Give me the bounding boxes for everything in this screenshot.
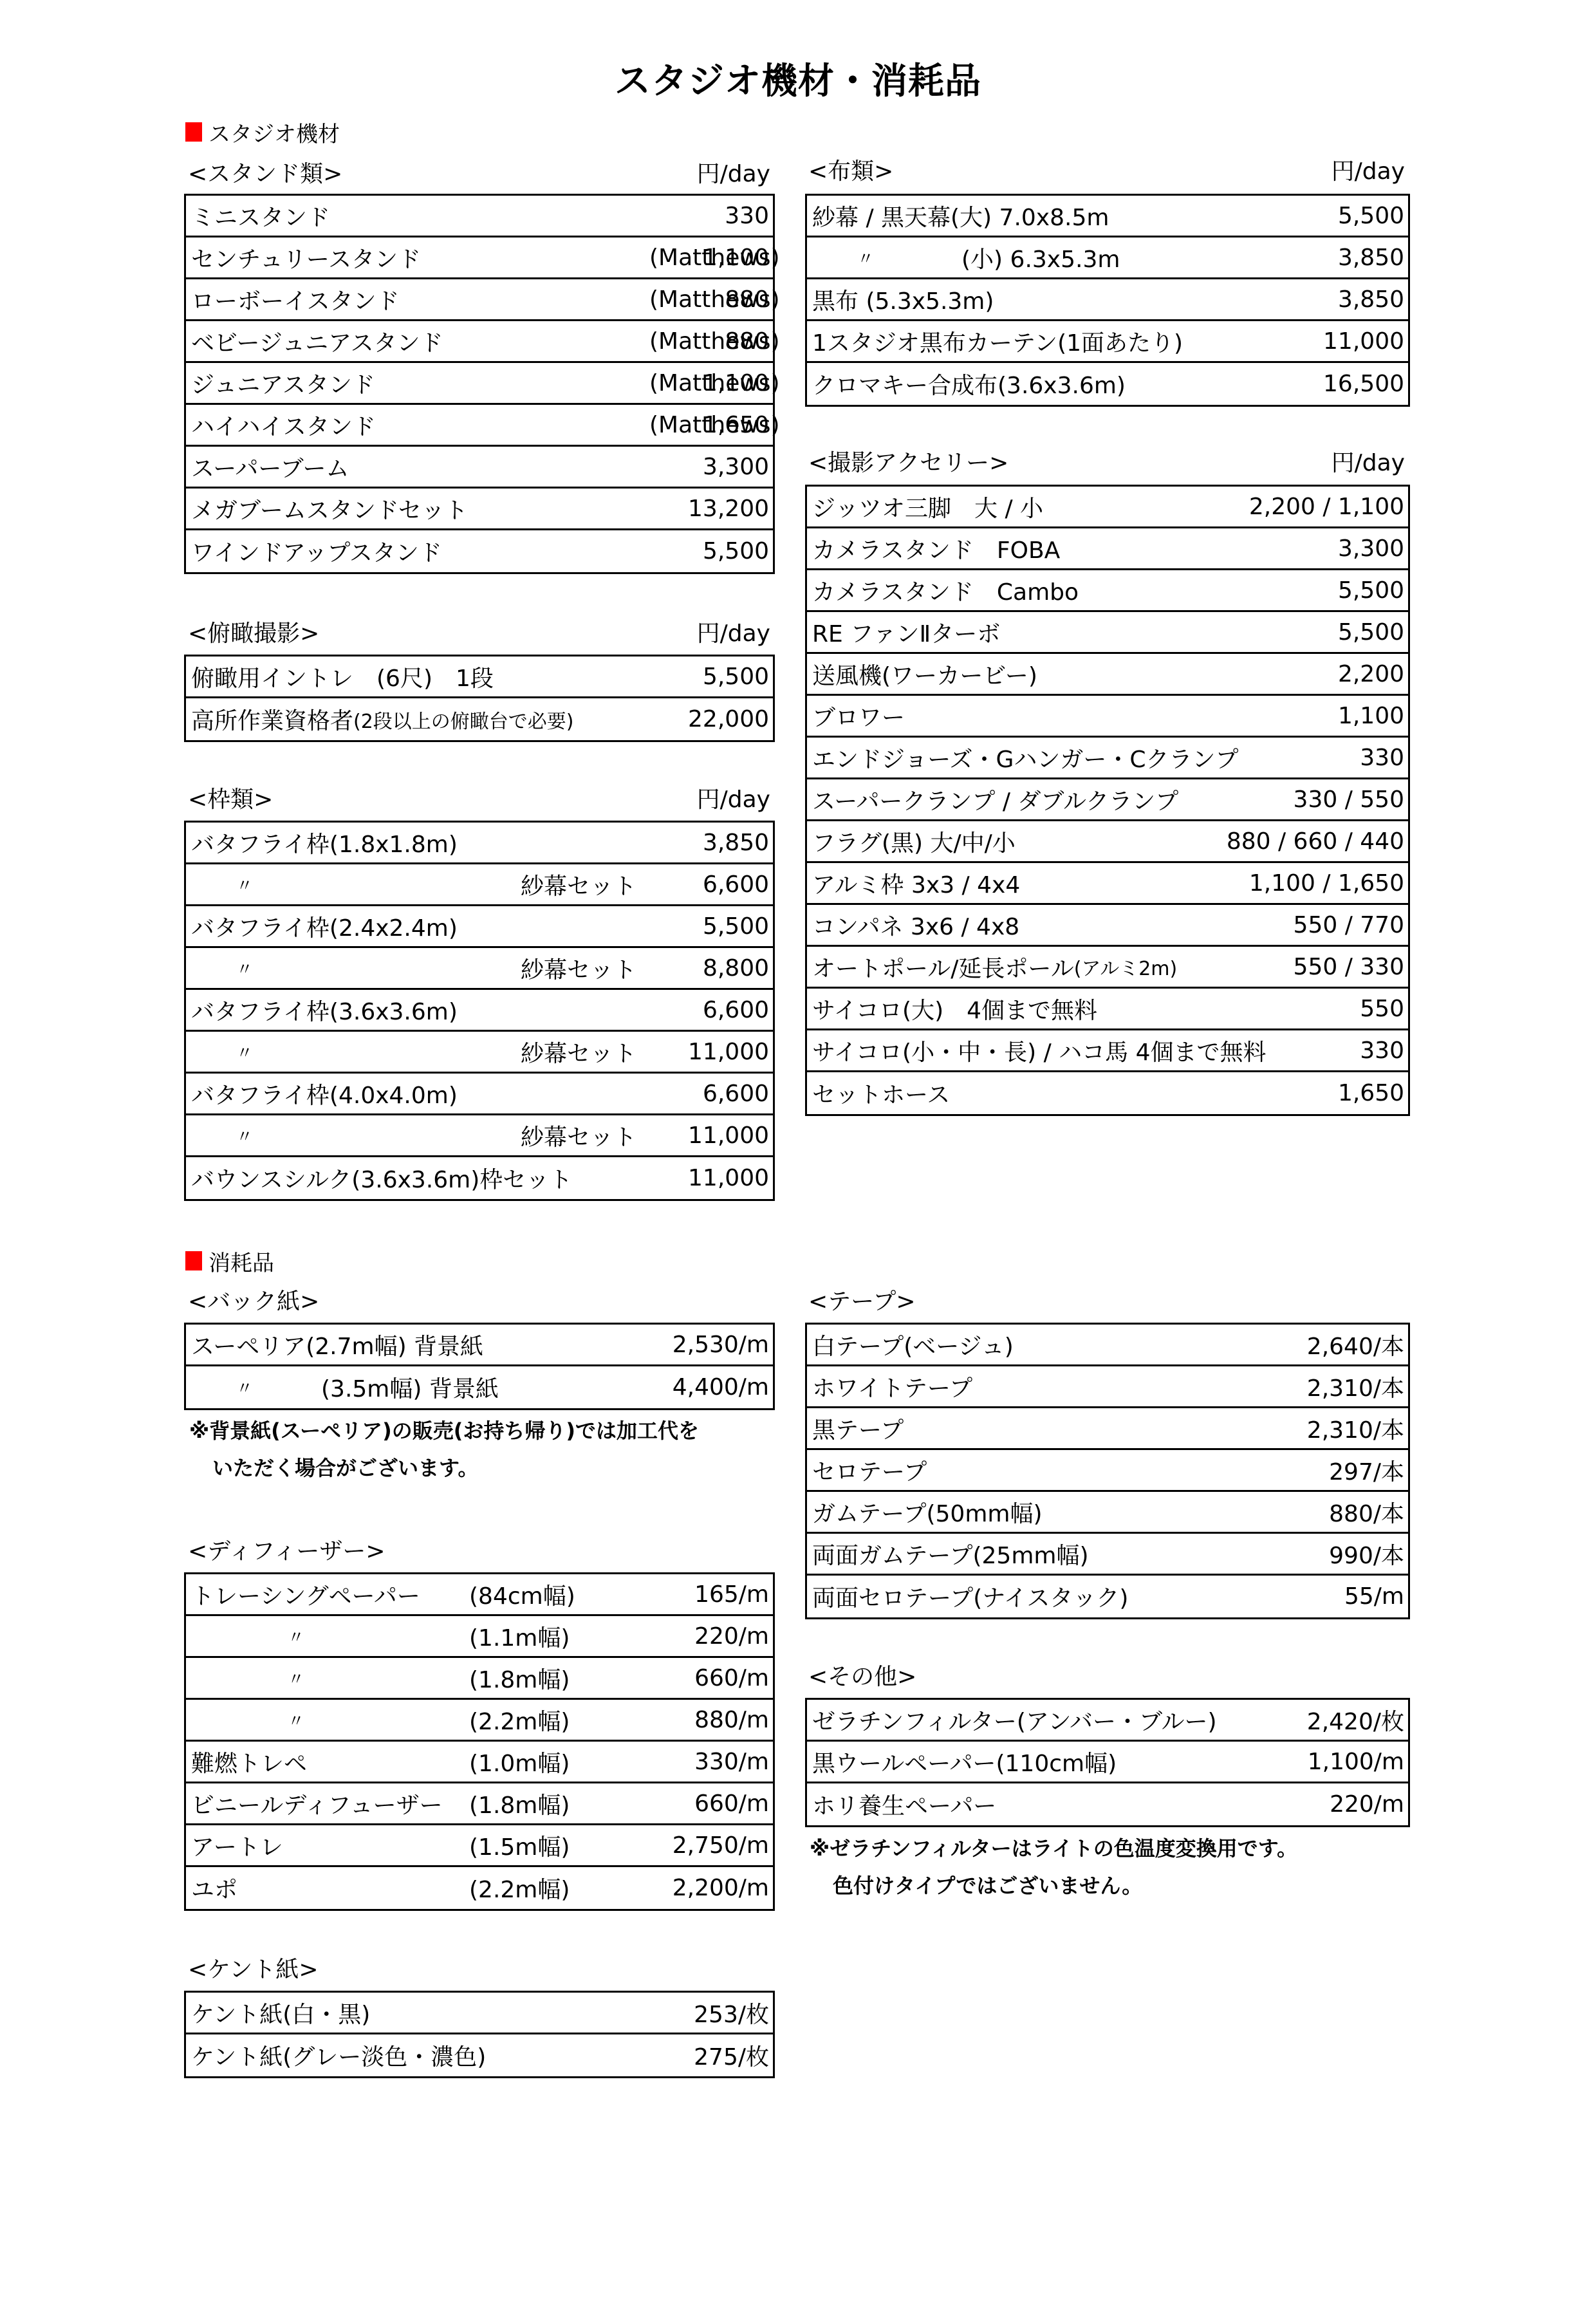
item-name: バタフライ枠(2.4x2.4m) bbox=[191, 910, 458, 943]
item-price: 660/m bbox=[694, 1665, 769, 1691]
item-label: 送風機(ワーカービー) bbox=[812, 658, 1037, 691]
item-name: サイコロ(大) 4個まで無料 bbox=[812, 992, 1097, 1025]
item-price: 330 bbox=[1360, 745, 1404, 771]
item-label: トレーシングペーパー bbox=[191, 1578, 420, 1611]
note-line: 色付けタイプではございません。 bbox=[810, 1867, 1297, 1904]
table-row: RE ファンⅡターボ5,500 bbox=[807, 612, 1408, 654]
item-label: オートポール/延長ポール bbox=[812, 951, 1074, 983]
item-label: アルミ枠 3x3 / 4x4 bbox=[812, 867, 1020, 900]
table-row: エンドジョーズ・Gハンガー・Cクランプ330 bbox=[807, 738, 1408, 779]
item-label: ジッツオ三脚 大 / 小 bbox=[812, 490, 1043, 523]
item-label: バタフライ枠(1.8x1.8m) bbox=[191, 826, 458, 859]
note-line: ※ゼラチンフィルターはライトの色温度変換用です。 bbox=[810, 1830, 1297, 1867]
item-name: セロテープ bbox=[812, 1454, 927, 1487]
item-price: 22,000 bbox=[688, 706, 769, 732]
table-tape: 白テープ(ベージュ)2,640/本ホワイトテープ2,310/本黒テープ2,310… bbox=[805, 1323, 1410, 1619]
table-row: スーパーブーム3,300 bbox=[186, 447, 773, 489]
table-row: 白テープ(ベージュ)2,640/本 bbox=[807, 1325, 1408, 1366]
item-detail: (2.2m幅) bbox=[469, 1704, 570, 1736]
item-label: ローボーイスタンド bbox=[191, 283, 400, 316]
item-price: 6,600 bbox=[703, 1081, 769, 1107]
item-price: 3,850 bbox=[1338, 286, 1404, 313]
table-row: メガブームスタンドセット13,200 bbox=[186, 489, 773, 530]
item-price: 5,500 bbox=[1338, 619, 1404, 646]
item-name: ジュニアスタンド(Matthews) bbox=[191, 367, 375, 400]
group-label-kent: <ケント紙> bbox=[188, 1955, 319, 1985]
item-label: 〃 bbox=[191, 1124, 253, 1148]
item-detail: 紗幕セット bbox=[521, 1036, 636, 1068]
item-price: 990/本 bbox=[1329, 1538, 1404, 1570]
item-label: ジュニアスタンド bbox=[191, 367, 375, 400]
item-detail: (2.2m幅) bbox=[469, 1872, 570, 1904]
item-name: 黒ウールペーパー(110cm幅) bbox=[812, 1745, 1117, 1778]
item-name: センチュリースタンド(Matthews) bbox=[191, 241, 421, 274]
item-label: バウンスシルク(3.6x3.6m)枠セット bbox=[191, 1162, 572, 1195]
item-name: バウンスシルク(3.6x3.6m)枠セット bbox=[191, 1162, 572, 1195]
item-name: ビニールディフューザー(1.8m幅) bbox=[191, 1787, 443, 1820]
table-row: バタフライ枠(2.4x2.4m)5,500 bbox=[186, 906, 773, 948]
item-detail: (2段以上の俯瞰台で必要) bbox=[353, 705, 574, 734]
item-name: 両面ガムテープ(25mm幅) bbox=[812, 1538, 1089, 1570]
table-row: ジッツオ三脚 大 / 小2,200 / 1,100 bbox=[807, 487, 1408, 528]
item-label: フラグ(黒) 大/中/小 bbox=[812, 825, 1016, 858]
item-name: 1スタジオ黒布カーテン(1面あたり) bbox=[812, 325, 1183, 358]
item-price: 5,500 bbox=[703, 664, 769, 690]
item-name: ユポ(2.2m幅) bbox=[191, 1872, 237, 1904]
item-price: 330 bbox=[725, 203, 769, 229]
unit-label-stands: 円/day bbox=[579, 160, 770, 189]
item-detail: (1.5m幅) bbox=[469, 1829, 570, 1862]
item-name: ブロワー bbox=[812, 700, 905, 732]
item-price: 297/本 bbox=[1329, 1454, 1404, 1487]
item-label: 〃 bbox=[191, 1040, 253, 1064]
item-price: 6,600 bbox=[703, 871, 769, 898]
item-name: トレーシングペーパー(84cm幅) bbox=[191, 1578, 420, 1611]
item-price: 5,500 bbox=[1338, 577, 1404, 604]
table-row: 両面ガムテープ(25mm幅)990/本 bbox=[807, 1534, 1408, 1576]
item-name: 俯瞰用イントレ (6尺) 1段 bbox=[191, 660, 494, 693]
item-name: コンパネ 3x6 / 4x8 bbox=[812, 909, 1019, 942]
item-name: スーペリア(2.7m幅) 背景紙 bbox=[191, 1328, 483, 1361]
item-name: ベビージュニアスタンド(Matthews) bbox=[191, 325, 443, 358]
item-label: ワインドアップスタンド bbox=[191, 535, 442, 568]
item-label: サイコロ(大) 4個まで無料 bbox=[812, 992, 1097, 1025]
item-label: ユポ bbox=[191, 1872, 237, 1904]
item-label: サイコロ(小・中・長) / ハコ馬 4個まで無料 bbox=[812, 1034, 1267, 1067]
item-price: 2,310/本 bbox=[1307, 1412, 1404, 1445]
table-row: スーペリア(2.7m幅) 背景紙2,530/m bbox=[186, 1325, 773, 1366]
item-label: バタフライ枠(4.0x4.0m) bbox=[191, 1077, 458, 1110]
item-detail: 紗幕セット bbox=[521, 952, 636, 985]
item-detail: (Matthews) bbox=[649, 286, 780, 313]
item-name: 高所作業資格者(2段以上の俯瞰台で必要) bbox=[191, 703, 574, 736]
item-label: コンパネ 3x6 / 4x8 bbox=[812, 909, 1019, 942]
item-price: 220/m bbox=[694, 1623, 769, 1650]
item-label: ベビージュニアスタンド bbox=[191, 325, 443, 358]
item-detail: (小) 6.3x5.3m bbox=[961, 241, 1120, 274]
item-name: 〃(2.2m幅) bbox=[191, 1708, 304, 1732]
item-label: カメラスタンド Cambo bbox=[812, 574, 1079, 607]
item-name: ホワイトテープ bbox=[812, 1370, 972, 1403]
table-row: ケント紙(グレー淡色・濃色)275/枚 bbox=[186, 2034, 773, 2076]
table-backpaper: スーペリア(2.7m幅) 背景紙2,530/m〃(3.5m幅) 背景紙4,400… bbox=[184, 1323, 775, 1410]
item-name: ホリ養生ペーパー bbox=[812, 1788, 996, 1821]
item-name: 紗幕 / 黒天幕(大) 7.0x8.5m bbox=[812, 200, 1109, 232]
table-row: ビニールディフューザー(1.8m幅)660/m bbox=[186, 1783, 773, 1825]
item-name: アルミ枠 3x3 / 4x4 bbox=[812, 867, 1020, 900]
section-label: 消耗品 bbox=[209, 1245, 274, 1277]
item-price: 275/枚 bbox=[694, 2039, 769, 2072]
table-row: ミニスタンド330 bbox=[186, 196, 773, 237]
table-row: ローボーイスタンド(Matthews)880 bbox=[186, 279, 773, 321]
item-label: ガムテープ(50mm幅) bbox=[812, 1496, 1043, 1529]
item-label: スーペリア(2.7m幅) 背景紙 bbox=[191, 1328, 483, 1361]
item-price: 11,000 bbox=[688, 1039, 769, 1065]
group-label-frames: <枠類> bbox=[188, 785, 273, 815]
item-price: 2,420/枚 bbox=[1307, 1704, 1404, 1736]
item-label: 〃 bbox=[191, 1708, 304, 1732]
table-diffuser: トレーシングペーパー(84cm幅)165/m〃(1.1m幅)220/m〃(1.8… bbox=[184, 1572, 775, 1911]
table-row: ジュニアスタンド(Matthews)1,100 bbox=[186, 363, 773, 405]
table-row: 黒布 (5.3x5.3m)3,850 bbox=[807, 279, 1408, 321]
table-row: 黒ウールペーパー(110cm幅)1,100/m bbox=[807, 1742, 1408, 1783]
item-name: ミニスタンド bbox=[191, 200, 330, 232]
table-row: カメラスタンド Cambo5,500 bbox=[807, 570, 1408, 612]
table-row: ホワイトテープ2,310/本 bbox=[807, 1366, 1408, 1408]
item-price: 550 / 770 bbox=[1294, 912, 1404, 938]
item-name: 〃紗幕セット bbox=[191, 1040, 253, 1064]
item-label: 紗幕 / 黒天幕(大) 7.0x8.5m bbox=[812, 200, 1109, 232]
item-label: 〃 bbox=[191, 1666, 304, 1690]
item-price: 2,310/本 bbox=[1307, 1370, 1404, 1403]
table-row: 送風機(ワーカービー)2,200 bbox=[807, 654, 1408, 696]
table-row: 〃紗幕セット6,600 bbox=[186, 864, 773, 906]
item-label: クロマキー合成布(3.6x3.6m) bbox=[812, 368, 1126, 400]
table-row: 〃(1.1m幅)220/m bbox=[186, 1616, 773, 1658]
item-label: ブロワー bbox=[812, 700, 905, 732]
table-row: 〃(1.8m幅)660/m bbox=[186, 1658, 773, 1700]
table-row: センチュリースタンド(Matthews)1,100 bbox=[186, 237, 773, 279]
item-name: 両面セロテープ(ナイスタック) bbox=[812, 1580, 1128, 1613]
item-label: ビニールディフューザー bbox=[191, 1787, 443, 1820]
item-label: 高所作業資格者 bbox=[191, 703, 353, 736]
item-name: ガムテープ(50mm幅) bbox=[812, 1496, 1043, 1529]
item-label: セットホース bbox=[812, 1077, 950, 1110]
item-name: ケント紙(グレー淡色・濃色) bbox=[191, 2039, 486, 2072]
unit-label-cloth: 円/day bbox=[1210, 157, 1405, 187]
page-title: スタジオ機材・消耗品 bbox=[0, 53, 1596, 104]
table-row: セットホース1,650 bbox=[807, 1072, 1408, 1114]
item-price: 11,000 bbox=[1323, 328, 1404, 355]
item-label: 〃 bbox=[191, 873, 253, 897]
item-name: 白テープ(ベージュ) bbox=[812, 1328, 1014, 1361]
table-row: アルミ枠 3x3 / 4x41,100 / 1,650 bbox=[807, 863, 1408, 905]
item-name: バタフライ枠(3.6x3.6m) bbox=[191, 994, 458, 1027]
item-price: 2,200 / 1,100 bbox=[1249, 494, 1404, 520]
note-backpaper: ※背景紙(スーペリア)の販売(お持ち帰り)では加工代を いただく場合がございます… bbox=[189, 1412, 699, 1487]
item-price: 2,640/本 bbox=[1307, 1328, 1404, 1361]
item-detail: (1.1m幅) bbox=[469, 1620, 570, 1653]
item-name: サイコロ(小・中・長) / ハコ馬 4個まで無料 bbox=[812, 1034, 1267, 1067]
table-row: セロテープ297/本 bbox=[807, 1450, 1408, 1492]
table-row: ワインドアップスタンド5,500 bbox=[186, 530, 773, 572]
item-label: 1スタジオ黒布カーテン(1面あたり) bbox=[812, 325, 1183, 358]
table-row: 両面セロテープ(ナイスタック)55/m bbox=[807, 1576, 1408, 1617]
table-row: 紗幕 / 黒天幕(大) 7.0x8.5m5,500 bbox=[807, 196, 1408, 237]
item-name: 〃紗幕セット bbox=[191, 956, 253, 980]
item-label: 両面ガムテープ(25mm幅) bbox=[812, 1538, 1089, 1570]
item-label: RE ファンⅡターボ bbox=[812, 616, 1000, 649]
item-price: 2,200 bbox=[1338, 661, 1404, 687]
item-name: 黒テープ bbox=[812, 1412, 904, 1445]
item-price: 550 bbox=[1360, 996, 1404, 1022]
item-detail: 紗幕セット bbox=[521, 868, 636, 901]
item-price: 253/枚 bbox=[694, 1996, 769, 2029]
item-label: バタフライ枠(3.6x3.6m) bbox=[191, 994, 458, 1027]
table-row: ハイハイスタンド(Matthews)1,650 bbox=[186, 405, 773, 447]
item-name: 〃(小) 6.3x5.3m bbox=[812, 246, 874, 270]
table-cloth: 紗幕 / 黒天幕(大) 7.0x8.5m5,500〃(小) 6.3x5.3m3,… bbox=[805, 194, 1410, 407]
table-row: 高所作業資格者(2段以上の俯瞰台で必要)22,000 bbox=[186, 698, 773, 740]
item-name: 〃(3.5m幅) 背景紙 bbox=[191, 1375, 253, 1399]
item-detail: (Matthews) bbox=[649, 412, 780, 438]
item-price: 2,200/m bbox=[673, 1875, 769, 1901]
group-label-cloth: <布類> bbox=[808, 157, 893, 187]
item-price: 880/m bbox=[694, 1707, 769, 1733]
item-label: ケント紙(グレー淡色・濃色) bbox=[191, 2039, 486, 2072]
table-overhead: 俯瞰用イントレ (6尺) 1段5,500高所作業資格者(2段以上の俯瞰台で必要)… bbox=[184, 655, 775, 742]
item-name: スーパークランプ / ダブルクランプ bbox=[812, 783, 1178, 816]
item-label: 両面セロテープ(ナイスタック) bbox=[812, 1580, 1128, 1613]
table-row: 俯瞰用イントレ (6尺) 1段5,500 bbox=[186, 656, 773, 698]
note-line: いただく場合がございます。 bbox=[189, 1449, 699, 1487]
table-row: ガムテープ(50mm幅)880/本 bbox=[807, 1492, 1408, 1534]
table-row: スーパークランプ / ダブルクランプ330 / 550 bbox=[807, 779, 1408, 821]
item-name: バタフライ枠(4.0x4.0m) bbox=[191, 1077, 458, 1110]
item-detail: (Matthews) bbox=[649, 328, 780, 355]
table-other: ゼラチンフィルター(アンバー・ブルー)2,420/枚黒ウールペーパー(110cm… bbox=[805, 1698, 1410, 1827]
item-label: バタフライ枠(2.4x2.4m) bbox=[191, 910, 458, 943]
item-label: ホリ養生ペーパー bbox=[812, 1788, 996, 1821]
item-label: ケント紙(白・黒) bbox=[191, 1996, 370, 2029]
item-detail: (1.0m幅) bbox=[469, 1745, 570, 1778]
section-label: スタジオ機材 bbox=[209, 116, 340, 148]
table-row: フラグ(黒) 大/中/小880 / 660 / 440 bbox=[807, 821, 1408, 863]
item-name: クロマキー合成布(3.6x3.6m) bbox=[812, 368, 1126, 400]
item-name: 〃紗幕セット bbox=[191, 873, 253, 897]
item-price: 5,500 bbox=[703, 538, 769, 564]
item-label: ホワイトテープ bbox=[812, 1370, 972, 1403]
item-price: 13,200 bbox=[688, 496, 769, 522]
unit-label-overhead: 円/day bbox=[579, 619, 770, 649]
item-label: 〃 bbox=[191, 1375, 253, 1399]
section-heading-equipment: スタジオ機材 bbox=[185, 117, 340, 147]
item-name: ワインドアップスタンド bbox=[191, 535, 442, 568]
item-label: 黒ウールペーパー(110cm幅) bbox=[812, 1745, 1117, 1778]
item-label: 白テープ(ベージュ) bbox=[812, 1328, 1014, 1361]
item-price: 1,650 bbox=[1338, 1080, 1404, 1106]
item-name: 黒布 (5.3x5.3m) bbox=[812, 283, 994, 316]
item-label: 黒テープ bbox=[812, 1412, 904, 1445]
item-name: セットホース bbox=[812, 1077, 950, 1110]
item-label: 〃 bbox=[191, 1624, 304, 1648]
group-label-backpaper: <バック紙> bbox=[188, 1287, 319, 1317]
table-row: バウンスシルク(3.6x3.6m)枠セット11,000 bbox=[186, 1157, 773, 1199]
table-row: 黒テープ2,310/本 bbox=[807, 1408, 1408, 1450]
item-label: センチュリースタンド bbox=[191, 241, 421, 274]
item-label: カメラスタンド FOBA bbox=[812, 532, 1060, 565]
item-price: 3,300 bbox=[1338, 535, 1404, 562]
table-row: 〃(2.2m幅)880/m bbox=[186, 1700, 773, 1742]
item-name: アートレ(1.5m幅) bbox=[191, 1829, 283, 1862]
item-name: 〃紗幕セット bbox=[191, 1124, 253, 1148]
item-price: 220/m bbox=[1330, 1791, 1404, 1818]
item-label: スーパークランプ / ダブルクランプ bbox=[812, 783, 1178, 816]
note-other: ※ゼラチンフィルターはライトの色温度変換用です。 色付けタイプではございません。 bbox=[810, 1830, 1297, 1904]
item-name: 〃(1.8m幅) bbox=[191, 1666, 304, 1690]
red-square-marker-icon bbox=[185, 122, 202, 142]
group-label-tape: <テープ> bbox=[808, 1287, 916, 1317]
item-label: アートレ bbox=[191, 1829, 283, 1862]
item-detail: (Matthews) bbox=[649, 245, 780, 271]
table-row: 〃(小) 6.3x5.3m3,850 bbox=[807, 237, 1408, 279]
item-price: 330 bbox=[1360, 1038, 1404, 1064]
item-price: 880/本 bbox=[1329, 1496, 1404, 1529]
item-name: RE ファンⅡターボ bbox=[812, 616, 1000, 649]
unit-label-accessories: 円/day bbox=[1210, 449, 1405, 478]
table-row: サイコロ(小・中・長) / ハコ馬 4個まで無料330 bbox=[807, 1030, 1408, 1072]
item-label: 俯瞰用イントレ (6尺) 1段 bbox=[191, 660, 494, 693]
item-label: 黒布 (5.3x5.3m) bbox=[812, 283, 994, 316]
item-detail: 紗幕セット bbox=[521, 1119, 636, 1152]
table-row: 〃紗幕セット8,800 bbox=[186, 948, 773, 990]
item-detail: (1.8m幅) bbox=[469, 1662, 570, 1695]
item-label: セロテープ bbox=[812, 1454, 927, 1487]
item-label: ミニスタンド bbox=[191, 200, 330, 232]
item-price: 330 / 550 bbox=[1294, 786, 1404, 813]
table-row: ベビージュニアスタンド(Matthews)880 bbox=[186, 321, 773, 363]
item-price: 1,100 / 1,650 bbox=[1249, 870, 1404, 897]
group-label-accessories: <撮影アクセリー> bbox=[808, 449, 1008, 478]
group-label-other: <その他> bbox=[808, 1662, 916, 1692]
table-row: クロマキー合成布(3.6x3.6m)16,500 bbox=[807, 363, 1408, 405]
table-row: 難燃トレペ(1.0m幅)330/m bbox=[186, 1742, 773, 1783]
item-name: ジッツオ三脚 大 / 小 bbox=[812, 490, 1043, 523]
item-price: 165/m bbox=[694, 1581, 769, 1608]
table-row: 1スタジオ黒布カーテン(1面あたり)11,000 bbox=[807, 321, 1408, 363]
item-price: 550 / 330 bbox=[1294, 954, 1404, 980]
item-price: 660/m bbox=[694, 1791, 769, 1817]
table-frames: バタフライ枠(1.8x1.8m)3,850〃紗幕セット6,600バタフライ枠(2… bbox=[184, 821, 775, 1201]
table-accessories: ジッツオ三脚 大 / 小2,200 / 1,100カメラスタンド FOBA3,3… bbox=[805, 485, 1410, 1116]
table-row: コンパネ 3x6 / 4x8550 / 770 bbox=[807, 905, 1408, 947]
item-detail: (1.8m幅) bbox=[469, 1787, 570, 1820]
item-name: フラグ(黒) 大/中/小 bbox=[812, 825, 1016, 858]
item-price: 2,750/m bbox=[673, 1832, 769, 1859]
item-price: 5,500 bbox=[703, 913, 769, 940]
table-row: ユポ(2.2m幅)2,200/m bbox=[186, 1867, 773, 1909]
item-price: 2,530/m bbox=[673, 1332, 769, 1358]
table-row: サイコロ(大) 4個まで無料550 bbox=[807, 989, 1408, 1030]
item-name: ローボーイスタンド(Matthews) bbox=[191, 283, 400, 316]
item-name: バタフライ枠(1.8x1.8m) bbox=[191, 826, 458, 859]
table-row: ブロワー1,100 bbox=[807, 696, 1408, 738]
item-name: メガブームスタンドセット bbox=[191, 492, 468, 525]
item-detail: (84cm幅) bbox=[469, 1578, 575, 1611]
table-kent: ケント紙(白・黒)253/枚ケント紙(グレー淡色・濃色)275/枚 bbox=[184, 1991, 775, 2078]
item-price: 3,850 bbox=[1338, 245, 1404, 271]
item-detail: (Matthews) bbox=[649, 370, 780, 396]
item-label: ゼラチンフィルター(アンバー・ブルー) bbox=[812, 1704, 1217, 1736]
section-heading-consumables: 消耗品 bbox=[185, 1246, 274, 1276]
table-row: カメラスタンド FOBA3,300 bbox=[807, 528, 1408, 570]
table-row: ホリ養生ペーパー220/m bbox=[807, 1783, 1408, 1825]
item-name: オートポール/延長ポール(アルミ2m) bbox=[812, 951, 1177, 983]
item-name: 〃(1.1m幅) bbox=[191, 1624, 304, 1648]
item-price: 1,100 bbox=[1338, 703, 1404, 729]
table-row: バタフライ枠(3.6x3.6m)6,600 bbox=[186, 990, 773, 1032]
item-name: 難燃トレペ(1.0m幅) bbox=[191, 1745, 307, 1778]
table-row: 〃紗幕セット11,000 bbox=[186, 1115, 773, 1157]
red-square-marker-icon bbox=[185, 1251, 202, 1270]
item-price: 5,500 bbox=[1338, 203, 1404, 229]
table-row: バタフライ枠(4.0x4.0m)6,600 bbox=[186, 1074, 773, 1115]
note-line: ※背景紙(スーペリア)の販売(お持ち帰り)では加工代を bbox=[189, 1412, 699, 1449]
table-row: バタフライ枠(1.8x1.8m)3,850 bbox=[186, 823, 773, 864]
table-row: ゼラチンフィルター(アンバー・ブルー)2,420/枚 bbox=[807, 1700, 1408, 1742]
item-name: カメラスタンド FOBA bbox=[812, 532, 1060, 565]
table-stands: ミニスタンド330センチュリースタンド(Matthews)1,100ローボーイス… bbox=[184, 194, 775, 574]
item-label: 難燃トレペ bbox=[191, 1745, 307, 1778]
item-price: 3,850 bbox=[703, 830, 769, 856]
item-name: カメラスタンド Cambo bbox=[812, 574, 1079, 607]
group-label-overhead: <俯瞰撮影> bbox=[188, 619, 319, 649]
item-price: 55/m bbox=[1344, 1583, 1404, 1610]
table-row: ケント紙(白・黒)253/枚 bbox=[186, 1993, 773, 2034]
unit-label-frames: 円/day bbox=[579, 785, 770, 815]
item-price: 6,600 bbox=[703, 997, 769, 1023]
item-name: スーパーブーム bbox=[191, 451, 349, 483]
item-price: 880 / 660 / 440 bbox=[1227, 828, 1404, 855]
item-label: 〃 bbox=[191, 956, 253, 980]
item-name: 送風機(ワーカービー) bbox=[812, 658, 1037, 691]
table-row: 〃(3.5m幅) 背景紙4,400/m bbox=[186, 1366, 773, 1408]
table-row: 〃紗幕セット11,000 bbox=[186, 1032, 773, 1074]
table-row: トレーシングペーパー(84cm幅)165/m bbox=[186, 1574, 773, 1616]
item-label: 〃 bbox=[812, 246, 874, 270]
item-detail: (アルミ2m) bbox=[1074, 953, 1178, 981]
item-label: メガブームスタンドセット bbox=[191, 492, 468, 525]
item-price: 4,400/m bbox=[673, 1374, 769, 1400]
item-price: 16,500 bbox=[1323, 371, 1404, 397]
item-name: ハイハイスタンド(Matthews) bbox=[191, 409, 376, 442]
item-name: エンドジョーズ・Gハンガー・Cクランプ bbox=[812, 741, 1239, 774]
item-label: スーパーブーム bbox=[191, 451, 349, 483]
item-price: 11,000 bbox=[688, 1122, 769, 1149]
group-label-stands: <スタンド類> bbox=[188, 160, 342, 189]
item-price: 8,800 bbox=[703, 955, 769, 982]
table-row: アートレ(1.5m幅)2,750/m bbox=[186, 1825, 773, 1867]
item-name: ゼラチンフィルター(アンバー・ブルー) bbox=[812, 1704, 1217, 1736]
item-label: ハイハイスタンド bbox=[191, 409, 376, 442]
item-name: ケント紙(白・黒) bbox=[191, 1996, 370, 2029]
item-price: 11,000 bbox=[688, 1165, 769, 1191]
item-price: 1,100/m bbox=[1308, 1749, 1404, 1775]
item-label: エンドジョーズ・Gハンガー・Cクランプ bbox=[812, 741, 1239, 774]
item-price: 330/m bbox=[694, 1749, 769, 1775]
group-label-diffuser: <ディフィーザー> bbox=[188, 1537, 385, 1567]
item-price: 3,300 bbox=[703, 454, 769, 480]
